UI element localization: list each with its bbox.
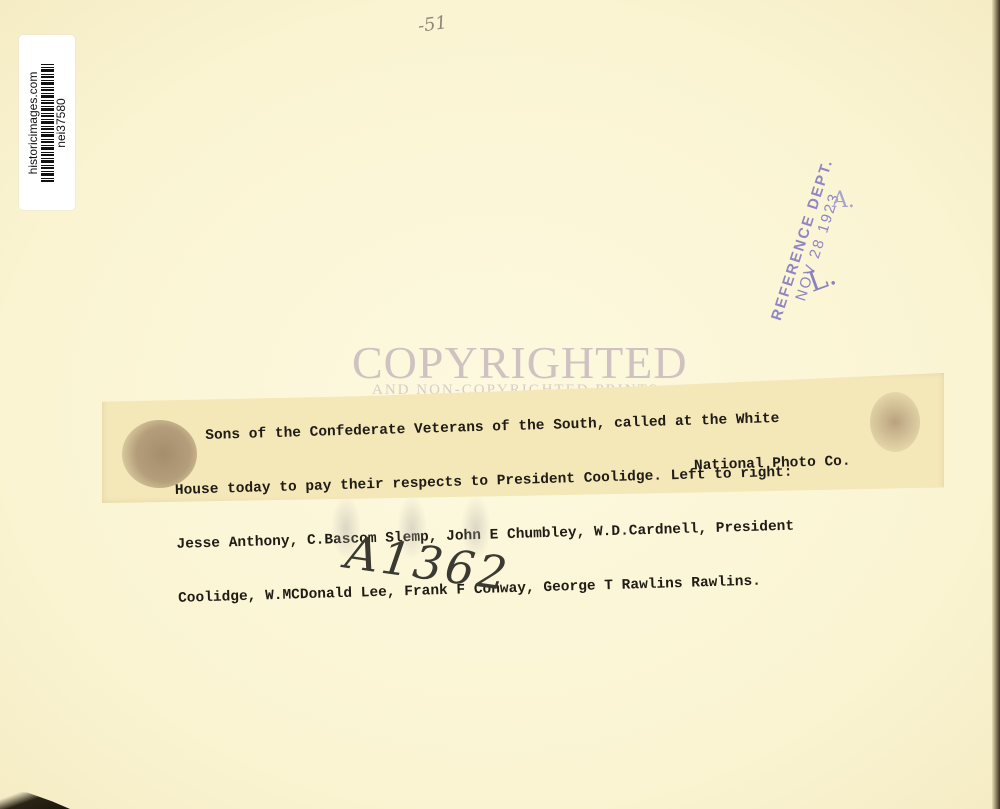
stamp-mark: A.: [832, 188, 855, 213]
paper-edge: [992, 0, 1000, 809]
caption-line: Sons of the Confederate Veterans of the …: [173, 410, 791, 446]
barcode-icon: [41, 64, 54, 182]
archive-label: historicimages.com nei37580: [19, 35, 75, 210]
label-site: historicimages.com: [27, 71, 40, 174]
pencil-mark-top: -51: [417, 12, 449, 37]
glue-stain-right: [870, 392, 920, 452]
label-id: nei37580: [55, 98, 68, 147]
